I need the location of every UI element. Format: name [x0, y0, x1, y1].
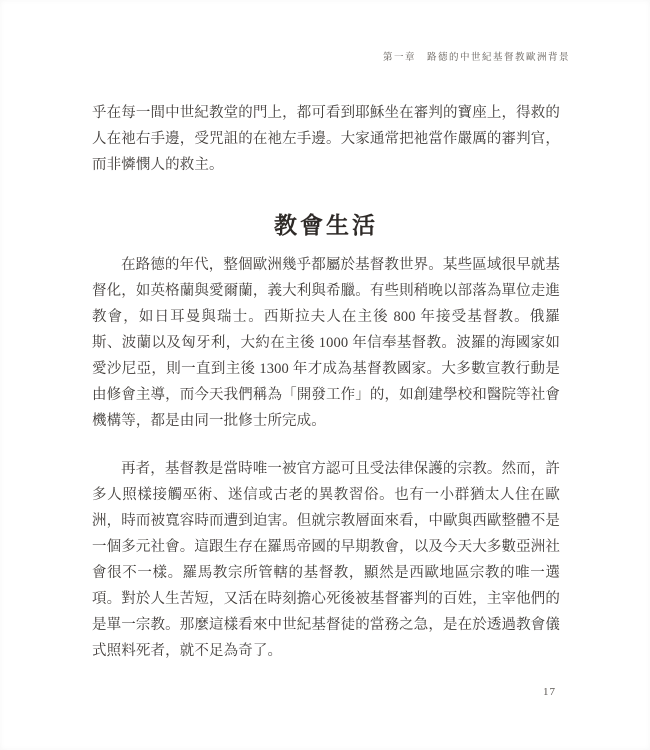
- paragraph-church-life-1: 在路德的年代，整個歐洲幾乎都屬於基督教世界。某些區域很早就基督化，如英格蘭與愛爾…: [92, 252, 560, 434]
- running-header: 第一章 路德的中世紀基督教歐洲背景: [383, 49, 570, 63]
- paragraph-continuation: 乎在每一間中世紀教堂的門上，都可看到耶穌坐在審判的寶座上，得救的人在祂右手邊，受…: [92, 100, 560, 178]
- book-page: 第一章 路德的中世紀基督教歐洲背景 乎在每一間中世紀教堂的門上，都可看到耶穌坐在…: [0, 0, 650, 750]
- page-number: 17: [543, 686, 556, 698]
- section-title: 教會生活: [92, 208, 560, 244]
- page-body: 乎在每一間中世紀教堂的門上，都可看到耶穌坐在審判的寶座上，得救的人在祂右手邊，受…: [92, 100, 560, 664]
- paragraph-church-life-2: 再者，基督教是當時唯一被官方認可且受法律保護的宗教。然而，許多人照樣接觸巫術、迷…: [92, 456, 560, 664]
